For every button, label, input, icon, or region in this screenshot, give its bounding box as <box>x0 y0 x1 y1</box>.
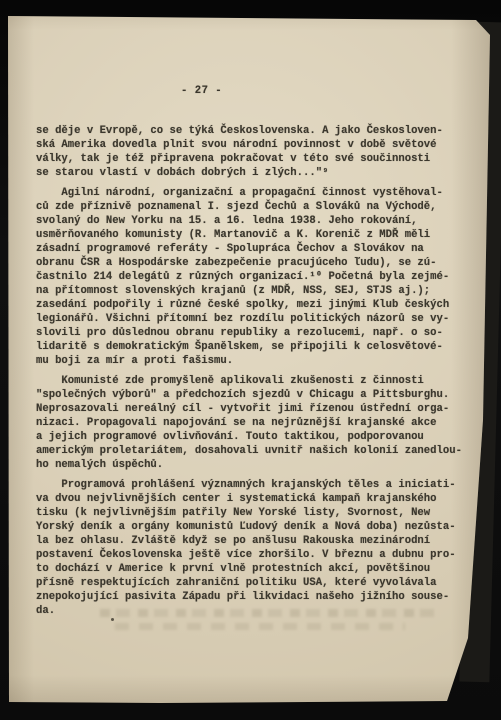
page-body: se děje v Evropě, co se týká Českosloven… <box>36 124 481 618</box>
paragraph-1: se děje v Evropě, co se týká Českosloven… <box>36 124 481 180</box>
ink-speck <box>111 618 114 621</box>
page-number: - 27 - <box>181 84 222 98</box>
paragraph-2: Agilní národní, organizační a propagační… <box>36 186 481 368</box>
scanner-background: - 27 - se děje v Evropě, co se týká Česk… <box>0 0 501 720</box>
document-page: - 27 - se děje v Evropě, co se týká Česk… <box>0 0 501 720</box>
paragraph-3: Komunisté zde promyšleně aplikovali zkuš… <box>36 374 481 472</box>
ink-bleed-through <box>115 623 405 630</box>
paragraph-4: Programová prohlášení významných krajans… <box>36 478 481 618</box>
